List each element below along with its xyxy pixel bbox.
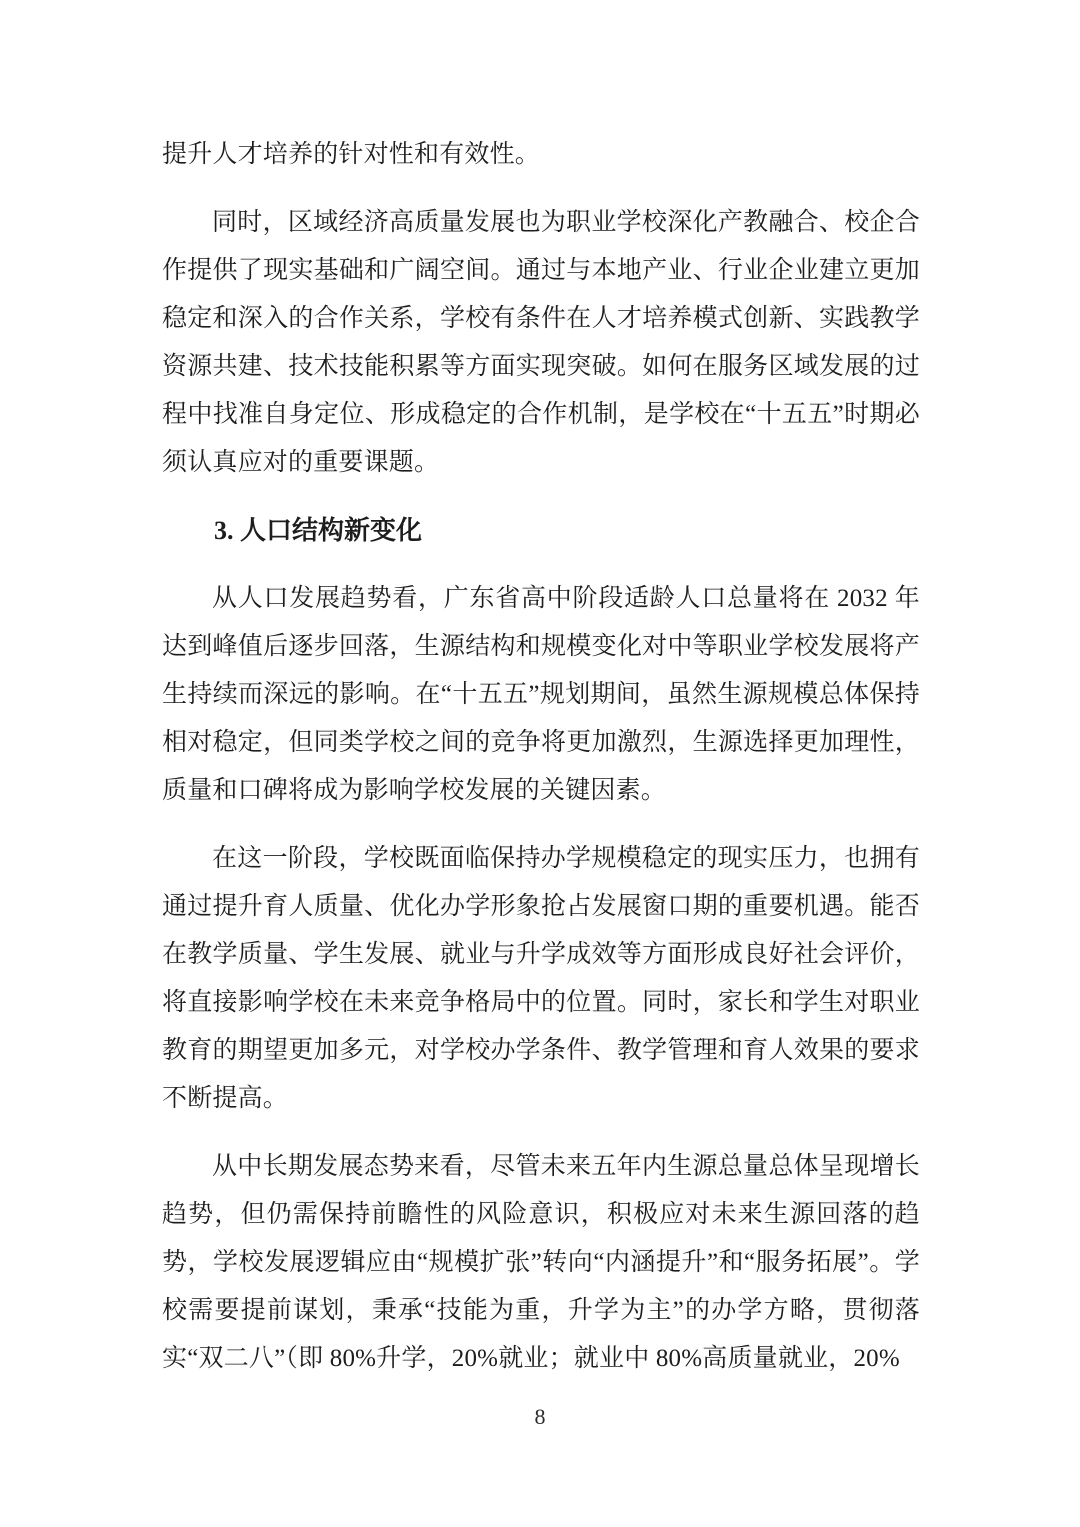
paragraph-continuation: 提升人才培养的针对性和有效性。 bbox=[162, 131, 920, 179]
section-heading-population-structure: 3. 人口结构新变化 bbox=[162, 507, 920, 555]
paragraph-regional-economy: 同时，区域经济高质量发展也为职业学校深化产教融合、校企合作提供了现实基础和广阔空… bbox=[162, 199, 920, 487]
page-number: 8 bbox=[0, 1402, 1080, 1432]
paragraph-long-term-outlook: 从中长期发展态势来看，尽管未来五年内生源总量总体呈现增长趋势，但仍需保持前瞻性的… bbox=[162, 1143, 920, 1383]
paragraph-population-trend: 从人口发展趋势看，广东省高中阶段适龄人口总量将在 2032 年达到峰值后逐步回落… bbox=[162, 575, 920, 815]
paragraph-school-stage-pressure: 在这一阶段，学校既面临保持办学规模稳定的现实压力，也拥有通过提升育人质量、优化办… bbox=[162, 835, 920, 1123]
document-page: 提升人才培养的针对性和有效性。 同时，区域经济高质量发展也为职业学校深化产教融合… bbox=[0, 0, 1080, 1527]
document-content: 提升人才培养的针对性和有效性。 同时，区域经济高质量发展也为职业学校深化产教融合… bbox=[162, 131, 920, 1403]
